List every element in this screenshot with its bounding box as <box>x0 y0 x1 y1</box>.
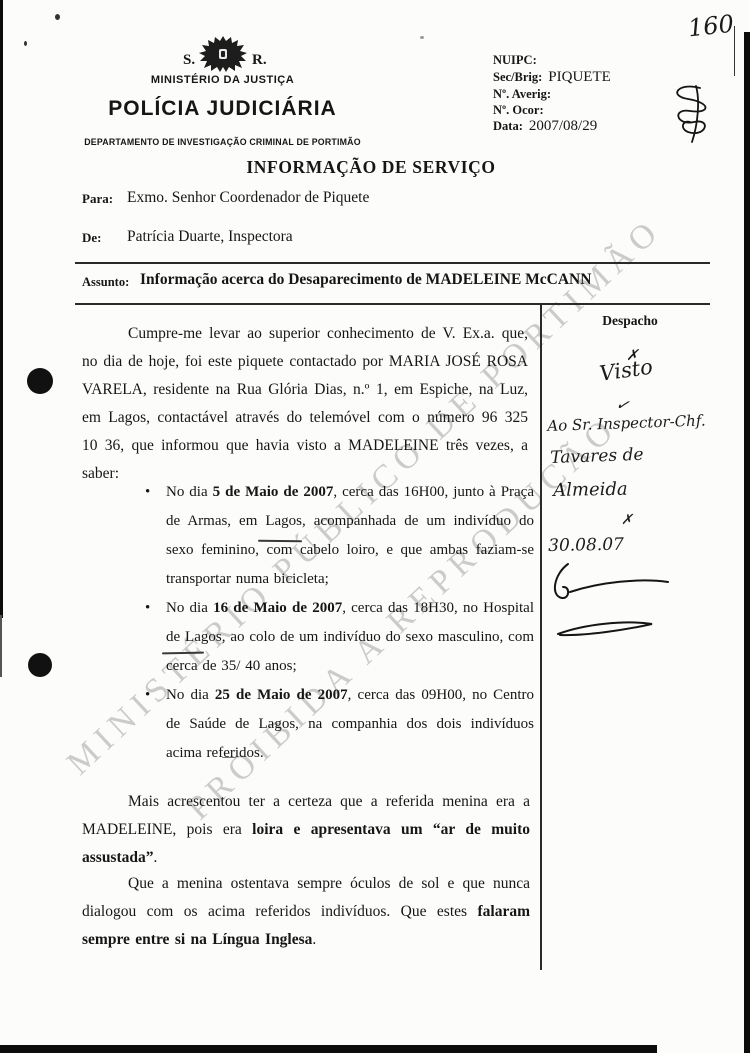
bullet-text: No dia 16 de Maio de 2007, cerca das 18H… <box>166 594 534 681</box>
despacho-signature-icon <box>540 556 730 661</box>
scan-artifact-bottom-bar <box>0 1045 657 1053</box>
field-label: Nº. Averig: <box>493 87 551 101</box>
para-label: Para: <box>82 191 113 207</box>
list-item: • No dia 25 de Maio de 2007, cerca das 0… <box>145 681 534 768</box>
field-value <box>537 52 543 68</box>
department-name: DEPARTAMENTO DE INVESTIGAÇÃO CRIMINAL DE… <box>60 137 385 147</box>
handwriting-line: Almeida <box>553 479 628 501</box>
signature-flourish-icon <box>660 80 722 157</box>
para-value: Exmo. Senhor Coordenador de Piquete <box>127 189 369 207</box>
despacho-heading: Despacho <box>560 313 700 329</box>
scan-artifact-left-edge-fade <box>0 615 2 677</box>
crest-letter-s: S. <box>183 52 195 69</box>
bullet-icon: • <box>145 681 166 768</box>
sightings-list: • No dia 5 de Maio de 2007, cerca das 16… <box>145 478 534 768</box>
pencil-mark <box>222 757 236 758</box>
field-label: Data: <box>493 119 523 133</box>
handwriting-line: Tavares de <box>550 445 644 468</box>
handwriting-line: Ao Sr. Inspector-Chf. <box>547 411 706 435</box>
bullet-icon: • <box>145 594 166 681</box>
paragraph-1-text: Cumpre-me levar ao superior conhecimento… <box>82 325 528 482</box>
field-averig: Nº. Averig: <box>493 86 557 103</box>
crest-letter-r: R. <box>252 52 267 69</box>
bullet-icon: • <box>145 478 166 594</box>
ministry-name: MINISTÉRIO DA JUSTIÇA <box>120 74 325 86</box>
hole-punch-bottom <box>28 653 52 677</box>
paragraph-2: Mais acrescentou ter a certeza que a ref… <box>82 788 530 872</box>
handwriting-mark: ✗ <box>621 512 633 528</box>
scan-speck <box>420 36 424 39</box>
assunto-label: Assunto: <box>82 275 129 290</box>
handwritten-page-number: 160 <box>687 10 735 43</box>
paragraph-1: Cumpre-me levar ao superior conhecimento… <box>82 320 528 488</box>
field-label: NUIPC: <box>493 53 537 67</box>
field-label: Nº. Ocor: <box>493 103 544 117</box>
list-item: • No dia 5 de Maio de 2007, cerca das 16… <box>145 478 534 594</box>
de-value: Patrícia Duarte, Inspectora <box>127 228 293 246</box>
paragraph-2-end: . <box>154 849 158 866</box>
scan-speck <box>24 41 27 46</box>
divider-rule <box>75 303 710 305</box>
scan-artifact-right-edge <box>744 32 750 1053</box>
bullet-pre: No dia <box>166 687 215 703</box>
bullet-pre: No dia <box>166 600 213 616</box>
field-ocor: Nº. Ocor: <box>493 102 550 119</box>
divider-rule <box>75 262 710 264</box>
field-label: Sec/Brig: <box>493 70 542 84</box>
paragraph-3-end: . <box>312 931 316 948</box>
bullet-text: No dia 5 de Maio de 2007, cerca das 16H0… <box>166 478 534 594</box>
bullet-pre: No dia <box>166 484 213 500</box>
field-value <box>544 102 550 118</box>
field-data: Data:2007/08/29 <box>493 118 597 135</box>
field-value <box>551 86 557 102</box>
field-sec-brig: Sec/Brig:PIQUETE <box>493 69 611 86</box>
paragraph-3: Que a menina ostentava sempre óculos de … <box>82 870 530 954</box>
organization-name: POLÍCIA JUDICIÁRIA <box>90 97 355 121</box>
assunto-value: Informação acerca do Desaparecimento de … <box>140 271 591 289</box>
paragraph-3-text: Que a menina ostentava sempre óculos de … <box>82 875 530 920</box>
coat-of-arms-icon <box>198 34 248 77</box>
scan-artifact-left-edge <box>0 0 3 618</box>
bullet-text: No dia 25 de Maio de 2007, cerca das 09H… <box>166 681 534 768</box>
document-title: INFORMAÇÃO DE SERVIÇO <box>82 157 660 178</box>
de-label: De: <box>82 230 102 246</box>
bullet-date: 16 de Maio de 2007 <box>213 600 342 616</box>
hole-punch-top <box>27 368 53 394</box>
bullet-date: 5 de Maio de 2007 <box>213 484 334 500</box>
field-nuipc: NUIPC: <box>493 52 543 69</box>
document-page: MINISTÉRIO PÚBLICO DE PORTIMÃO PROIBIDA … <box>0 0 750 1053</box>
bullet-date: 25 de Maio de 2007 <box>215 687 348 703</box>
field-value: PIQUETE <box>542 69 611 85</box>
field-value: 2007/08/29 <box>523 118 597 134</box>
handwriting-date: 30.08.07 <box>548 535 624 556</box>
handwriting-check: ✓ <box>614 394 631 415</box>
scan-speck <box>55 14 60 20</box>
list-item: • No dia 16 de Maio de 2007, cerca das 1… <box>145 594 534 681</box>
handwriting-visto: Visto <box>598 355 654 386</box>
